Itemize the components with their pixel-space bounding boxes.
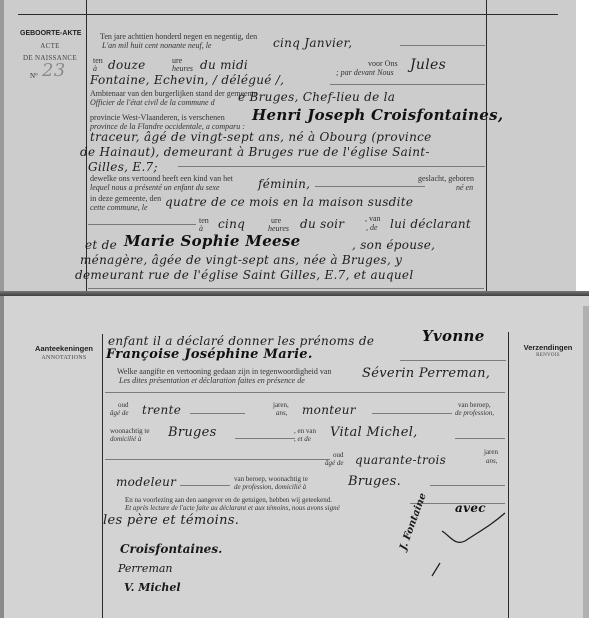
signature-witness-1: Perreman	[118, 562, 173, 575]
printed-voor-ons: voor Ons	[368, 59, 398, 68]
handwritten-witness-2-residence: Bruges.	[348, 475, 401, 489]
handwritten-declarant-name: Henri Joseph Croisfontaines,	[252, 108, 503, 122]
printed-ans: ans,	[486, 457, 497, 466]
act-number: 23	[42, 64, 66, 78]
fill-line	[105, 459, 330, 460]
printed-commune-fr: cette commune, le	[90, 203, 148, 212]
handwritten-given-names-intro: enfant il a déclaré donner les prénoms d…	[108, 334, 374, 348]
printed-officer-fr: Officier de l'état civil de la commune d	[90, 98, 215, 107]
handwritten-officer-first-name: Jules	[410, 58, 446, 72]
fill-line	[88, 224, 196, 225]
printed-officer-nl: Ambtenaar van den burgerlijken stand der…	[90, 89, 257, 98]
margin-divider	[102, 334, 103, 618]
handwritten-sex: féminin,	[258, 177, 310, 191]
handwritten-declarant-details-3: Gilles, E.7;	[88, 160, 158, 174]
page-edge	[0, 0, 4, 296]
annotations-title: Aanteekeningen	[28, 344, 100, 353]
handwritten-mother-name: Marie Sophie Meese	[124, 234, 300, 248]
fill-line	[315, 186, 425, 187]
handwritten-declarant-details-1: traceur, âgé de vingt-sept ans, né à Obo…	[90, 130, 432, 144]
handwritten-declarant-details-2: de Hainaut), demeurant à Bruges rue de l…	[80, 145, 430, 159]
annotations-subtitle: ANNOTATIONS	[28, 355, 100, 361]
printed-et-de: , et de	[294, 435, 311, 444]
printed-profession-domicilie: de profession, domicilié à	[234, 483, 306, 492]
handwritten-witness-2-age: quarante-trois	[355, 453, 446, 467]
printed-child-fr: lequel nous a présenté un enfant du sexe	[90, 183, 220, 192]
printed-witnesses-fr: Les dites présentation et déclaration fa…	[119, 376, 305, 385]
handwritten-witness-1-profession: monteur	[302, 403, 356, 417]
printed-commune-nl: in deze gemeente, den	[90, 194, 161, 203]
handwritten-lui-declarant: lui déclarant	[390, 217, 471, 231]
printed-born-fr: né en	[456, 183, 473, 192]
handwritten-soir: du soir	[300, 217, 344, 231]
handwritten-midi: du midi	[200, 58, 248, 72]
birth-act-title: GEBOORTE-AKTE	[20, 30, 80, 37]
printed-van: , van	[365, 214, 381, 223]
handwritten-birth-hour: cinq	[218, 217, 245, 231]
printed-date-fr: L'an mil huit cent nonante neuf, le	[102, 41, 211, 50]
handwritten-et-de: et de	[85, 238, 117, 252]
renvois-subtitle: RENVOIS	[512, 353, 584, 358]
printed-de: , de	[366, 223, 378, 232]
printed-age-de: âgé de	[325, 459, 343, 468]
birth-act-subtitle-1: ACTE	[20, 42, 80, 50]
handwritten-witness-2-profession: modeleur	[116, 475, 176, 489]
printed-witnesses-nl: Welke aangifte en vertooning gedaan zijn…	[117, 367, 331, 376]
handwritten-witness-1-residence: Bruges	[168, 426, 217, 440]
handwritten-son-epouse: , son épouse,	[352, 238, 435, 252]
handwritten-hour: douze	[108, 58, 146, 72]
handwritten-witness-2-name: Vital Michel,	[330, 426, 418, 440]
right-margin-divider	[486, 0, 487, 296]
fill-line	[330, 84, 485, 85]
register-page-bottom: Aanteekeningen ANNOTATIONS Verzendingen …	[0, 296, 589, 618]
signature-witness-2: V. Michel	[124, 581, 181, 594]
printed-age-de: âgé de	[110, 409, 128, 418]
fill-line	[178, 166, 485, 167]
printed-a: à	[93, 64, 97, 73]
handwritten-commune: e Bruges, Chef-lieu de la	[238, 90, 395, 104]
printed-province-nl: provincie West-Vlaanderen, is verschenen	[90, 113, 225, 122]
handwritten-witness-1-name: Séverin Perreman,	[362, 367, 490, 381]
printed-reading-fr: Et après lecture de l'acte faite au décl…	[125, 504, 340, 513]
printed-ans: ans,	[276, 409, 287, 418]
fill-line	[190, 413, 245, 414]
handwritten-date: cinq Janvier,	[273, 36, 352, 50]
top-border-rule	[18, 14, 558, 15]
printed-de-profession: de profession,	[455, 409, 494, 418]
handwritten-mother-details-1: ménagère, âgée de vingt-sept ans, née à …	[80, 253, 402, 267]
printed-born-nl: geslacht, geboren	[418, 174, 474, 183]
handwritten-witness-1-age: trente	[142, 403, 181, 417]
printed-par-devant: ; par devant Nous	[336, 68, 394, 77]
fill-line	[430, 485, 505, 486]
page-edge	[0, 296, 4, 618]
printed-domicilie: domicilié à	[110, 435, 141, 444]
handwritten-pere-et-temoins: les père et témoins.	[103, 514, 239, 528]
fill-line	[105, 392, 505, 393]
fill-line	[180, 485, 230, 486]
signature-father: Croisfontaines.	[120, 542, 222, 556]
handwritten-mother-details-2: demeurant rue de l'église Saint Gilles, …	[75, 268, 413, 282]
fill-line	[88, 288, 484, 289]
printed-heures: heures	[172, 64, 193, 73]
act-number-prefix: N°	[30, 72, 38, 81]
handwritten-first-name: Yvonne	[422, 329, 485, 343]
handwritten-birth-place: quatre de ce mois en la maison susdite	[165, 195, 413, 209]
printed-jaren: jaren	[484, 448, 498, 457]
printed-child-nl: dewelke ons vertoond heeft een kind van …	[90, 174, 233, 183]
handwritten-middle-names: Françoise Joséphine Marie.	[106, 348, 313, 362]
renvois-title: Verzendingen	[512, 343, 584, 352]
handwritten-officer-title: Fontaine, Echevin, / délégué /,	[90, 73, 284, 87]
signature-flourish-icon	[420, 511, 510, 591]
printed-date-nl: Ten jare achttien honderd negen en negen…	[100, 32, 257, 41]
fill-line	[235, 438, 295, 439]
fill-line	[400, 360, 506, 361]
fill-line	[372, 413, 452, 414]
fill-line	[400, 45, 485, 46]
fill-line	[455, 438, 505, 439]
register-page-top: GEBOORTE-AKTE ACTE DE NAISSANCE N° 23 Te…	[0, 0, 576, 296]
